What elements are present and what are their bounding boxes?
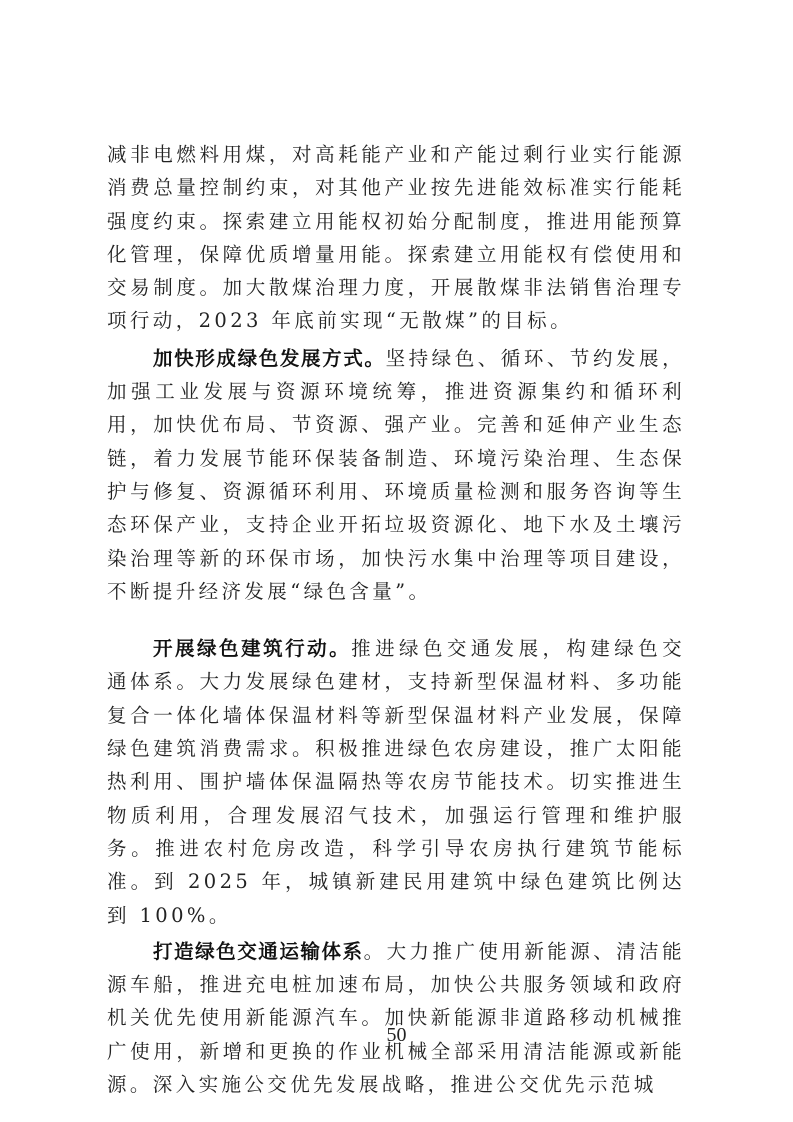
paragraph-heading: 加快形成绿色发展方式。 [153,347,386,370]
paragraph-green-building: 开展绿色建筑行动。推进绿色交通发展，构建绿色交通体系。大力发展绿色建材，支持新型… [107,632,685,932]
body-text: 减非电燃料用煤，对高耗能产业和产能过剩行业实行能源消费总量控制约束，对其他产业按… [107,138,685,1101]
paragraph-green-transport: 打造绿色交通运输体系。大力推广使用新能源、清洁能源车船，推进充电桩加速布局，加快… [107,935,685,1101]
page-number: 50 [0,1024,793,1047]
paragraph-green-development: 加快形成绿色发展方式。坚持绿色、循环、节约发展，加强工业发展与资源环境统筹，推进… [107,342,685,608]
paragraph-heading: 开展绿色建筑行动。 [153,637,351,660]
paragraph-text: 。大力推广使用新能源、清洁能源车船，推进充电桩加速布局，加快公共服务领域和政府机… [107,940,685,1096]
paragraph-heading: 打造绿色交通运输体系 [153,940,364,963]
paragraph-coal-control: 减非电燃料用煤，对高耗能产业和产能过剩行业实行能源消费总量控制约束，对其他产业按… [107,138,685,338]
paragraph-text: 推进绿色交通发展，构建绿色交通体系。大力发展绿色建材，支持新型保温材料、多功能复… [107,637,685,926]
document-page: 减非电燃料用煤，对高耗能产业和产能过剩行业实行能源消费总量控制约束，对其他产业按… [0,0,793,1122]
paragraph-text: 坚持绿色、循环、节约发展，加强工业发展与资源环境统筹，推进资源集约和循环利用，加… [107,347,685,603]
paragraph-text: 减非电燃料用煤，对高耗能产业和产能过剩行业实行能源消费总量控制约束，对其他产业按… [107,143,685,332]
